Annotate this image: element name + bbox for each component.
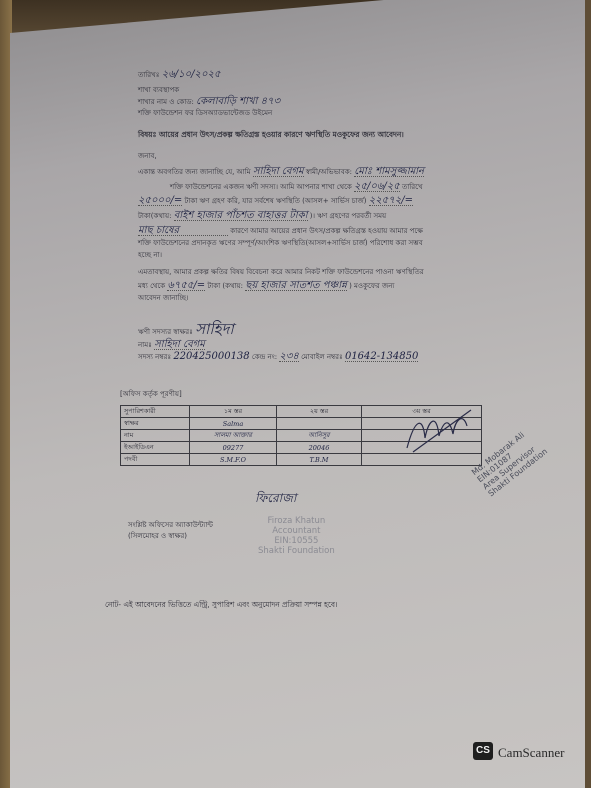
center-no-value: ২৩৪ bbox=[279, 352, 299, 362]
body-text: কারণে আমার আয়ের প্রধান উৎস/প্রকল্প ক্ষত… bbox=[230, 227, 423, 235]
body-text: ) মওকুফের জন্য bbox=[349, 282, 394, 290]
member-signature-row: ঋণী সদস্যর স্বাক্ষরঃ সাহিদা bbox=[138, 325, 234, 337]
member-no-value: 220425000138 bbox=[173, 351, 249, 362]
request-line-3: আবেদন জানাচ্ছি। bbox=[138, 294, 189, 303]
balance-field: ২২৫৭২/= bbox=[369, 196, 413, 206]
body-text: তারিখে bbox=[402, 183, 423, 191]
row-label: পদবী bbox=[121, 454, 190, 466]
footer-note: নোট- এই আবেদনের ভিত্তিতে এন্ট্রি, সুপারি… bbox=[105, 600, 338, 609]
branch-value: কেলাবাড়ি শাখা ৪৭৩ bbox=[196, 96, 280, 107]
waiver-amount-field: ৬৭৫৫/= bbox=[167, 281, 205, 291]
body-line-5: মাছ চাষের কারণে আমার আয়ের প্রধান উৎস/প্… bbox=[138, 226, 423, 236]
table-header-cell: সুপারিশকারী bbox=[121, 406, 190, 418]
table-header-cell: ২য় স্তর bbox=[277, 406, 362, 418]
stamp-line: Accountant bbox=[258, 526, 335, 536]
center-no-label: কেন্দ্র নং: bbox=[252, 353, 277, 361]
guardian-name-field: মোঃ শামসুজ্জামান bbox=[354, 167, 424, 177]
mobile-label: মোবাইল নম্বরঃ bbox=[301, 353, 343, 361]
branch-row: শাখার নাম ও কোড: কেলাবাড়ি শাখা ৪৭৩ bbox=[138, 97, 280, 107]
body-line-2: শক্তি ফাউন্ডেশনের একজন ঋণী সদস্য। আমি আপ… bbox=[170, 182, 423, 192]
table-cell: Salma bbox=[190, 418, 277, 430]
borrower-name-field: সাহিদা বেগম bbox=[253, 167, 304, 177]
table-cell: সালমা আক্তার bbox=[190, 430, 277, 442]
addressee: শাখা ব্যবস্থাপক bbox=[138, 86, 179, 95]
body-text: )। ঋণ গ্রহণের পরবর্তী সময় bbox=[310, 212, 386, 220]
body-text: মধ্য থেকে bbox=[138, 282, 165, 290]
body-text: টাকা ঋণ গ্রহণ করি, যার সর্বশেষ ঋণস্থিতি … bbox=[184, 197, 366, 205]
member-name-value: সাহিদা বেগম bbox=[154, 340, 205, 350]
branch-label: শাখার নাম ও কোড: bbox=[138, 98, 194, 106]
member-name-row: নামঃ সাহিদা বেগম bbox=[138, 340, 205, 350]
table-cell: 09277 bbox=[190, 442, 277, 454]
accountant-signature: ফিরোজা bbox=[255, 491, 296, 505]
date-value: ২৬/১০/২০২৫ bbox=[162, 69, 221, 80]
subject-line: বিষয়ঃ আয়ের প্রধান উৎস/প্রকল্প ক্ষতিগ্র… bbox=[138, 130, 404, 139]
table-cell: T.B.M bbox=[277, 454, 362, 466]
member-signature: সাহিদা bbox=[195, 320, 234, 338]
body-text: শক্তি ফাউন্ডেশনের একজন ঋণী সদস্য। আমি আপ… bbox=[170, 183, 352, 191]
supervisor-signature bbox=[405, 408, 475, 458]
table-cell: S.M.F.O bbox=[190, 454, 277, 466]
body-line-7: হচ্ছে না। bbox=[138, 251, 162, 260]
accountant-signature-wrap: ফিরোজা bbox=[255, 494, 296, 505]
member-name-label: নামঃ bbox=[138, 341, 152, 349]
member-no-label: সদস্য নম্বরঃ bbox=[138, 353, 171, 361]
reason-field: মাছ চাষের bbox=[138, 226, 228, 236]
camscanner-logo-icon: CS bbox=[473, 742, 493, 760]
member-signature-label: ঋণী সদস্যর স্বাক্ষরঃ bbox=[138, 328, 193, 336]
row-label: নাম bbox=[121, 430, 190, 442]
table-cell: আনিসুর bbox=[277, 430, 362, 442]
row-label: ইআইডিএন bbox=[121, 442, 190, 454]
body-text: স্বামী/অভিভাবক: bbox=[306, 168, 352, 176]
table-cell bbox=[277, 418, 362, 430]
document-content: তারিখঃ ২৬/১০/২০২৫ শাখা ব্যবস্থাপক শাখার … bbox=[0, 0, 591, 788]
date-row: তারিখঃ ২৬/১০/২০২৫ bbox=[138, 70, 220, 80]
body-line-3: ২৫০০০/= টাকা ঋণ গ্রহণ করি, যার সর্বশেষ ঋ… bbox=[138, 196, 413, 206]
member-ids-row: সদস্য নম্বরঃ 220425000138 কেন্দ্র নং: ২৩… bbox=[138, 352, 418, 362]
salutation: জনাব, bbox=[138, 152, 157, 161]
mobile-value: 01642-134850 bbox=[345, 352, 418, 362]
body-text: টাকা(কথায়: bbox=[138, 212, 171, 220]
balance-words-field: বাইশ হাজার পাঁচশত বাহাত্তর টাকা bbox=[174, 211, 308, 221]
body-line-6: শক্তি ফাউন্ডেশনের প্রদানকৃত ঋণের সম্পূর্… bbox=[138, 239, 423, 248]
accountant-label: সংশ্লিষ্ট অফিসের অ্যাকাউন্ট্যান্ট bbox=[128, 521, 213, 530]
loan-amount-field: ২৫০০০/= bbox=[138, 196, 182, 206]
stamp-line: Firoza Khatun bbox=[258, 516, 335, 526]
loan-date-field: ২৫/০৬/২৫ bbox=[354, 182, 400, 192]
body-text: টাকা (কথায়: bbox=[207, 282, 243, 290]
camscanner-watermark: CamScanner bbox=[498, 745, 564, 761]
accountant-stamp: Firoza Khatun Accountant EIN:10555 Shakt… bbox=[258, 516, 335, 556]
request-line-1: এমতাবস্থায়, আমার প্রকল্প ক্ষতির বিষয় ব… bbox=[138, 268, 424, 277]
date-label: তারিখঃ bbox=[138, 71, 159, 79]
body-text: একান্ত অবগতির জন্য জানাচ্ছি যে, আমি bbox=[138, 168, 251, 176]
table-cell: 20046 bbox=[277, 442, 362, 454]
waiver-words-field: ছয় হাজার সাতশত পঞ্চান্ন bbox=[245, 281, 347, 291]
stamp-line: EIN:10555 bbox=[258, 536, 335, 546]
accountant-label-sub: (সিলমোহর ও স্বাক্ষর) bbox=[128, 532, 187, 541]
table-header-cell: ১ম স্তর bbox=[190, 406, 277, 418]
office-section-title: [অফিস কর্তৃক পূরণীয়] bbox=[120, 390, 182, 399]
body-line-1: একান্ত অবগতির জন্য জানাচ্ছি যে, আমি সাহি… bbox=[138, 167, 424, 177]
request-line-2: মধ্য থেকে ৬৭৫৫/= টাকা (কথায়: ছয় হাজার … bbox=[138, 281, 394, 291]
stamp-line: Shakti Foundation bbox=[258, 546, 335, 556]
row-label: স্বাক্ষর bbox=[121, 418, 190, 430]
org-line: শক্তি ফাউন্ডেশন ফর ডিসঅ্যাডভান্টেজড উইমে… bbox=[138, 109, 272, 118]
body-line-4: টাকা(কথায়: বাইশ হাজার পাঁচশত বাহাত্তর ট… bbox=[138, 211, 386, 221]
